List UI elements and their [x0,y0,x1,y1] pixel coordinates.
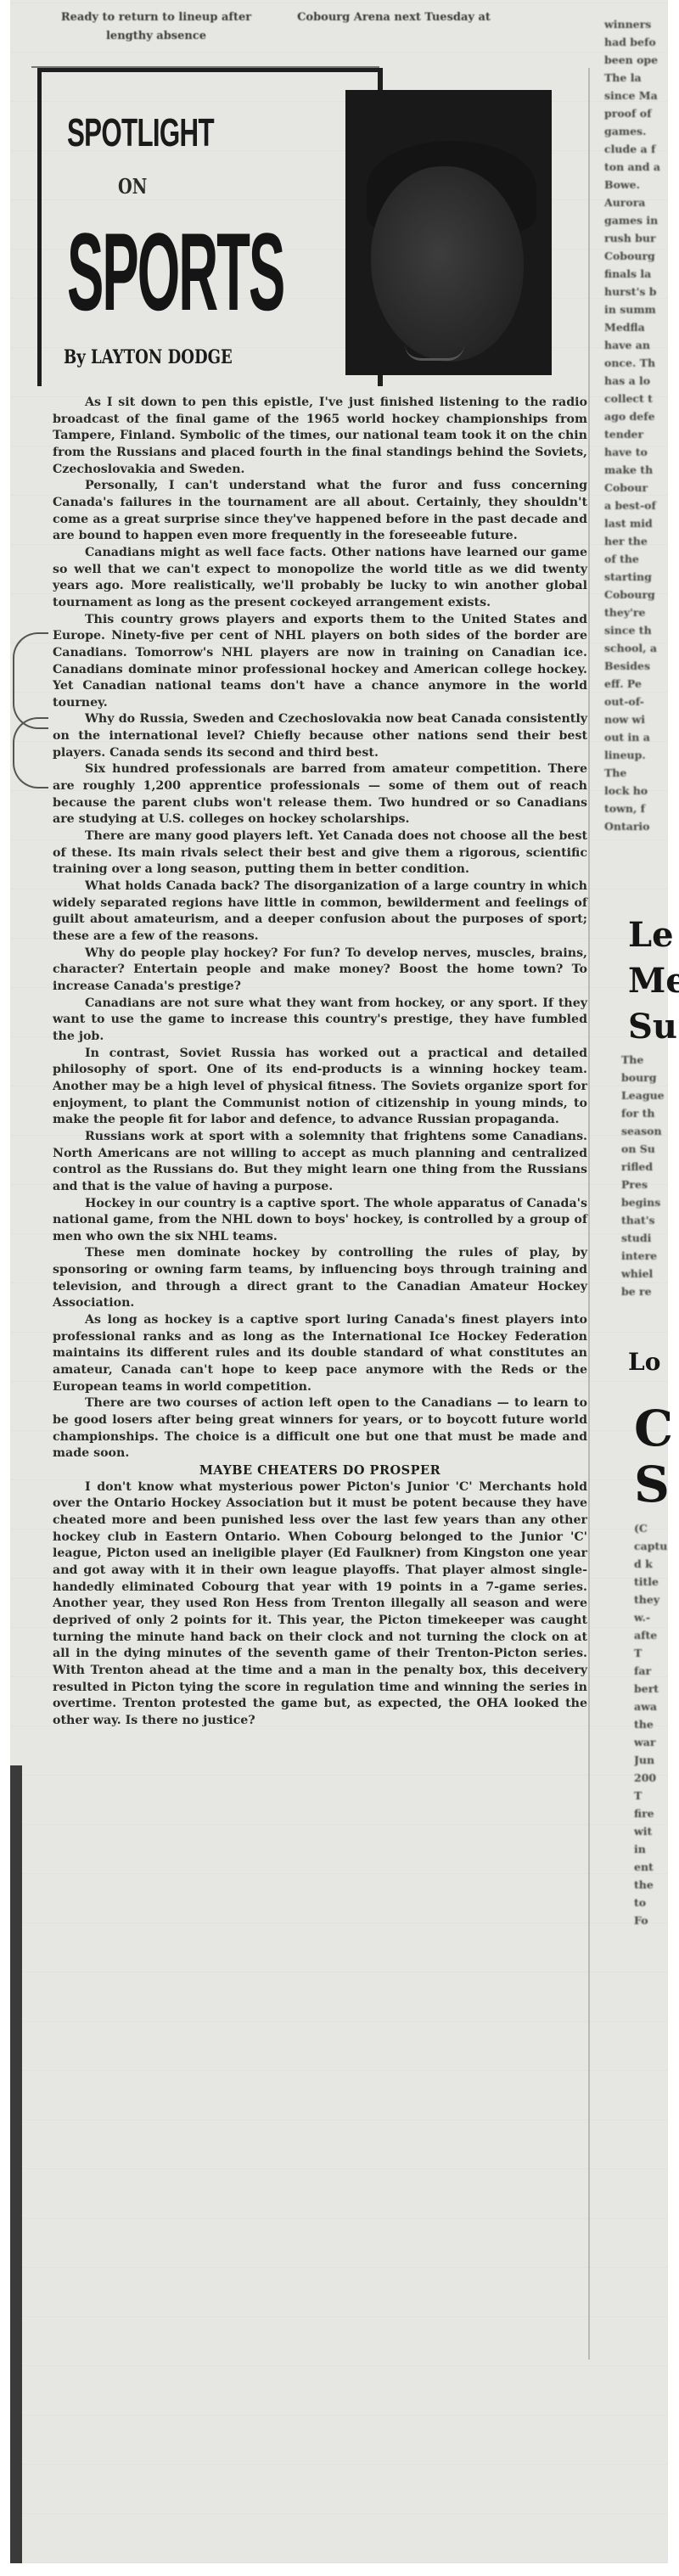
paragraph: These men dominate hockey by controlling… [53,1245,587,1312]
adjacent-column-line: be re [621,1282,679,1300]
adjacent-headline-1: Le Me Su [628,912,679,1050]
adjacent-column-line: have to [604,443,672,461]
column-title-sports: SPORTS [67,208,283,335]
paragraph: This country grows players and exports t… [53,612,587,712]
adjacent-column-line: proof of [604,104,672,122]
columnist-photo [345,90,552,375]
adjacent-column-line: out-of- [604,693,672,710]
adjacent-column-line: Fo [634,1911,679,1929]
adjacent-column-line: games in [604,211,672,229]
adjacent-column-line: to [634,1894,679,1911]
headline-fragment: C [634,1400,679,1456]
paragraph: What holds Canada back? The disorganizat… [53,878,587,946]
adjacent-column-line: now wi [604,710,672,728]
adjacent-column-line: captu [634,1537,679,1555]
adjacent-column-line: a best-of [604,497,672,514]
adjacent-column-line: last mid [604,514,672,532]
adjacent-column-line: they [634,1591,679,1608]
adjacent-column-line: Medfla [604,318,672,336]
paragraph: Personally, I can't understand what the … [53,478,587,545]
adjacent-column-line: w.- [634,1608,679,1626]
adjacent-column-line: finals la [604,265,672,283]
adjacent-column-line: d k [634,1555,679,1573]
adjacent-headline-2: C S [634,1400,679,1512]
adjacent-column-line: the [634,1876,679,1894]
adjacent-column-line: make th [604,461,672,479]
paragraph: As long as hockey is a captive sport lur… [53,1312,587,1395]
adjacent-column-line: collect t [604,390,672,407]
photo-smile-shape [405,345,464,361]
headline-fragment: Me [628,958,679,1004]
article-subhead: MAYBE CHEATERS DO PROSPER [53,1462,587,1479]
adjacent-column-line: League [621,1086,679,1104]
paragraph: There are many good players left. Yet Ca… [53,828,587,878]
adjacent-column-line: been ope [604,51,672,69]
adjacent-column-line: T [634,1787,679,1804]
adjacent-column-line: in summ [604,300,672,318]
headline-fragment: Su [628,1004,679,1050]
adjacent-column-line: Ontario [604,817,672,835]
handwritten-bracket-mark [13,717,48,789]
adjacent-column-line: ton and a [604,158,672,176]
adjacent-column-line: has a lo [604,372,672,390]
caption-left-line2: lengthy absence [29,29,283,44]
adjacent-column-line: war [634,1733,679,1751]
caption-right-line1: Cobourg Arena next Tuesday at [224,10,564,25]
adjacent-headline-2-small: Lo [628,1348,679,1377]
adjacent-column-line: lock ho [604,782,672,800]
adjacent-column-line: her the [604,532,672,550]
adjacent-column-line: hurst's b [604,283,672,300]
adjacent-column-line: studi [621,1229,679,1247]
adjacent-column-line: wit [634,1822,679,1840]
paragraph: As I sit down to pen this epistle, I've … [53,395,587,478]
headline-fragment: S [634,1456,679,1512]
adjacent-column-line: The [621,1051,679,1069]
adjacent-column-line: out in a [604,728,672,746]
adjacent-column-line: (C [634,1519,679,1537]
adjacent-column-line: lineup. [604,746,672,764]
adjacent-column-line: fire [634,1804,679,1822]
paragraph: Canadians might as well face facts. Othe… [53,545,587,612]
adjacent-column-line: in [634,1840,679,1858]
adjacent-column-text-1: winnershad befobeen ope The lasince Mapr… [604,15,672,835]
adjacent-column-line: they're [604,603,672,621]
adjacent-column-line: the [634,1715,679,1733]
adjacent-column-line: The la [604,69,672,87]
adjacent-column-line: games. [604,122,672,140]
adjacent-column-line: Cobour [604,479,672,497]
adjacent-column-line: of the [604,550,672,568]
adjacent-column-text-2: ThebourgLeaguefor thseasonon Surifled Pr… [621,1051,679,1300]
column-divider [588,68,590,2360]
adjacent-column-line: school, a [604,639,672,657]
adjacent-column-line: The [604,764,672,782]
paragraph: In contrast, Soviet Russia has worked ou… [53,1046,587,1129]
paragraph: Hockey in our country is a captive sport… [53,1196,587,1246]
paragraph: Six hundred professionals are barred fro… [53,761,587,828]
adjacent-column-line: tender [604,425,672,443]
column-title-spotlight: SPOTLIGHT [67,109,214,155]
headline-fragment: Le [628,912,679,958]
article-body: As I sit down to pen this epistle, I've … [53,395,587,1730]
column-title-on: ON [118,174,147,199]
adjacent-column-line: T [634,1644,679,1662]
adjacent-column-line: for th [621,1104,679,1122]
adjacent-column-line: town, f [604,800,672,817]
paragraph: I don't know what mysterious power Picto… [53,1479,587,1730]
adjacent-column-line: once. Th [604,354,672,372]
adjacent-column-line: Cobourg [604,247,672,265]
paragraph: Canadians are not sure what they want fr… [53,996,587,1046]
adjacent-column-line: ent [634,1858,679,1876]
adjacent-column-line: 200 [634,1769,679,1787]
adjacent-column-line: since th [604,621,672,639]
handwritten-bracket-mark [13,632,48,729]
adjacent-column-line: Jun [634,1751,679,1769]
adjacent-column-line: since Ma [604,87,672,104]
paragraph: Why do people play hockey? For fun? To d… [53,946,587,996]
adjacent-column-line: rush bur [604,229,672,247]
adjacent-column-line: ago defe [604,407,672,425]
adjacent-column-line: awa [634,1698,679,1715]
paragraph: There are two courses of action left ope… [53,1395,587,1462]
newspaper-page: Ready to return to lineup after lengthy … [10,0,668,2563]
adjacent-column-line: whiel [621,1265,679,1282]
adjacent-column-line: bourg [621,1069,679,1086]
adjacent-column-line: Bowe. [604,176,672,194]
adjacent-column-line: intere [621,1247,679,1265]
adjacent-column-line: afte [634,1626,679,1644]
adjacent-column-line: begins [621,1193,679,1211]
adjacent-column-line: Pres [621,1176,679,1193]
adjacent-column-line: that's [621,1211,679,1229]
adjacent-column-line: clude a f [604,140,672,158]
adjacent-column-line: title [634,1573,679,1591]
byline: By LAYTON DODGE [64,346,233,368]
paragraph: Russians work at sport with a solemnity … [53,1129,587,1196]
column-header-box: SPOTLIGHT ON SPORTS By LAYTON DODGE [37,68,383,386]
adjacent-column-line: had befo [604,33,672,51]
photo-face-shape [371,166,524,362]
adjacent-column-line: season [621,1122,679,1140]
paragraph: Why do Russia, Sweden and Czechoslovakia… [53,711,587,761]
scan-edge-shadow [10,1765,22,2563]
adjacent-column-line: Cobourg [604,586,672,603]
adjacent-column-line: on Su [621,1140,679,1158]
adjacent-column-line: far [634,1662,679,1680]
adjacent-column-line: rifled [621,1158,679,1176]
adjacent-column-line: Besides [604,657,672,675]
adjacent-column-text-3: (Ccaptud ktitletheyw.-afte Tfarbertawath… [634,1519,679,1929]
adjacent-column-line: have an [604,336,672,354]
adjacent-column-line: eff. Pe [604,675,672,693]
adjacent-column-line: starting [604,568,672,586]
adjacent-column-line: winners [604,15,672,33]
adjacent-column-line: bert [634,1680,679,1698]
adjacent-column-line: Aurora [604,194,672,211]
